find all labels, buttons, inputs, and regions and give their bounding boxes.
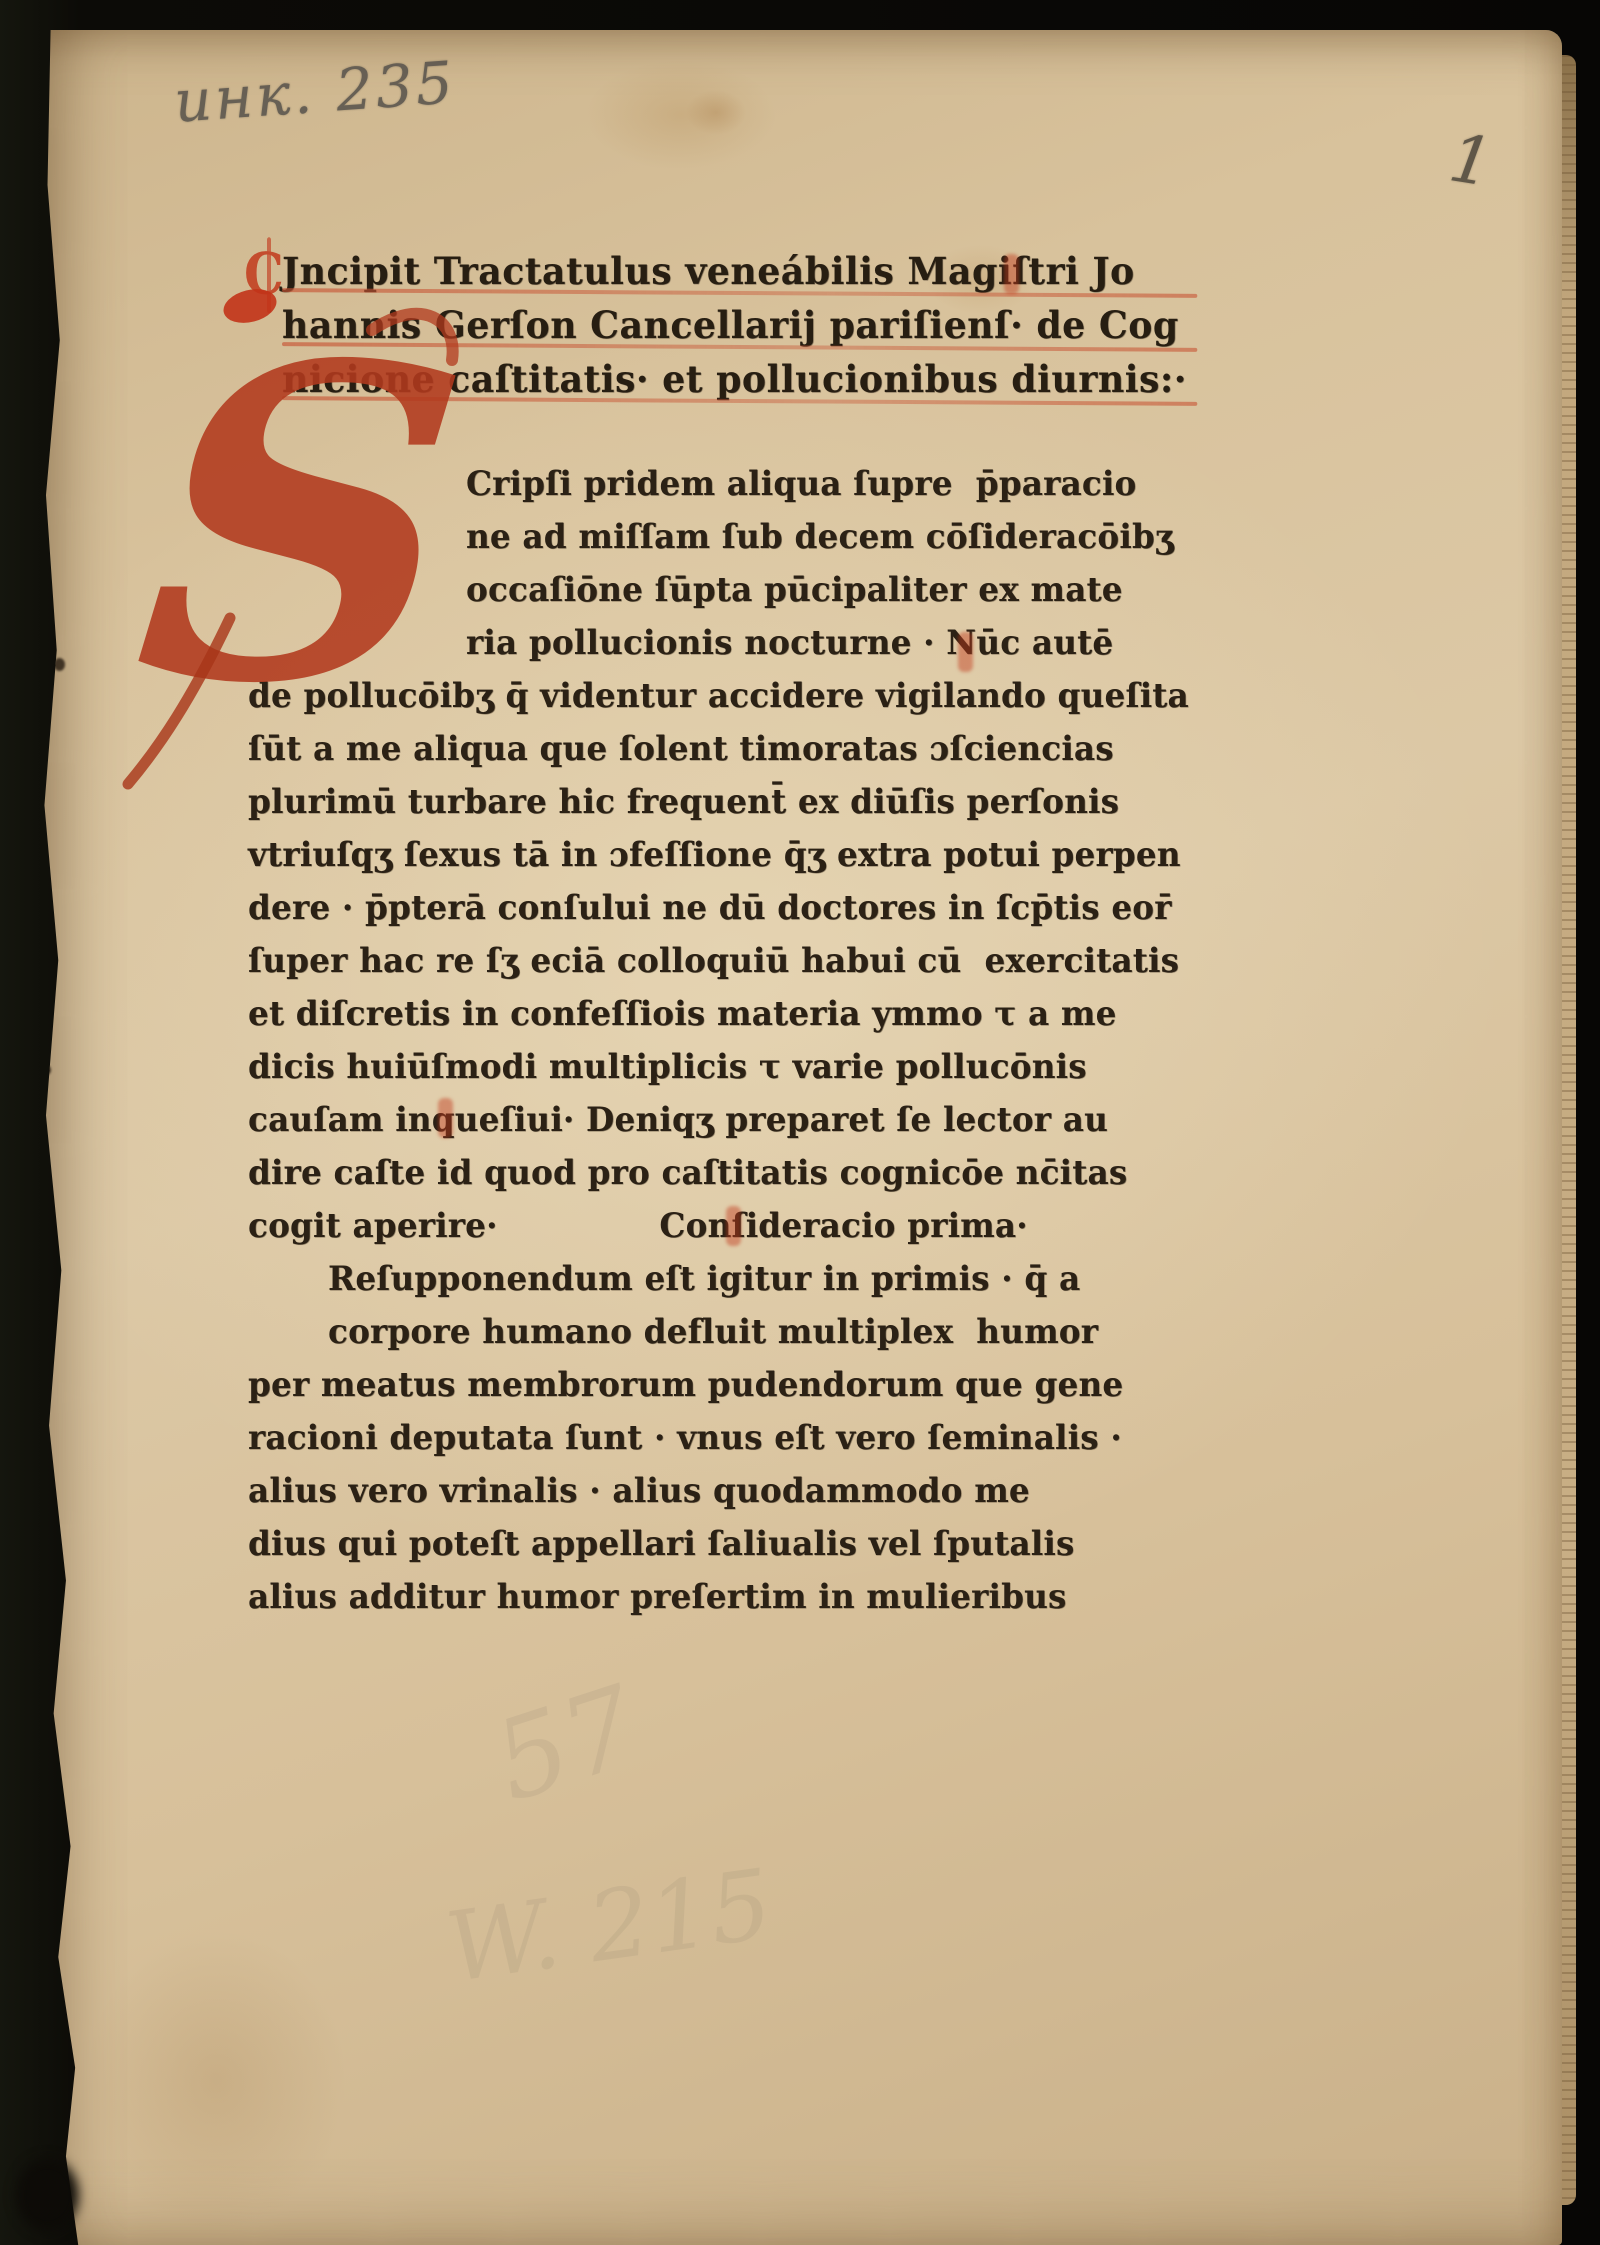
binding-shadow (0, 2140, 95, 2245)
body-text-line: Reſupponendum eſt igitur in primis · q̄ … (328, 1253, 1173, 1306)
folio-number: 1 (1444, 119, 1498, 202)
rubric-stroke (438, 1098, 453, 1138)
paper-stain (586, 60, 776, 170)
wormhole (42, 1065, 51, 1075)
shelfmark-inscription: инк. 235 (172, 48, 458, 135)
rubric-stroke (1004, 254, 1019, 294)
body-text-line: ne ad miſſam ſub decem cōſideracōibʒ (466, 511, 1178, 564)
body-text-line: vtriuſqʒ ſexus tā in ɔfeſſione q̄ʒ extra… (248, 829, 1170, 882)
wormhole (56, 1590, 63, 1598)
body-text-line: per meatus membrorum pudendorum que gene (248, 1359, 1170, 1412)
body-text-line: racioni deputata ſunt · vnus eſt vero ſe… (248, 1412, 1170, 1465)
initial-letter: S (122, 272, 484, 778)
body-text-line: dius qui poteſt appellari ſaliualis vel … (248, 1518, 1170, 1571)
paper-stain (686, 90, 746, 135)
body-text-line: alius vero vrinalis · alius quodammodo m… (248, 1465, 1170, 1518)
body-text-line: dere · p̄pterā conſului ne dū doctores i… (248, 882, 1170, 935)
body-text-line: cauſam inqueſiui· Deniqʒ preparet ſe lec… (248, 1094, 1170, 1147)
wormhole (54, 658, 65, 671)
body-text-line: occaſiōne ſūpta pūcipaliter ex mate (466, 564, 1178, 617)
manuscript-page: инк. 235 1 C Jncipit Tractatulus veneábi… (26, 30, 1562, 2245)
rubricated-initial: S (122, 268, 522, 808)
body-text-line: alius additur humor preſertim in mulieri… (248, 1571, 1170, 1624)
body-text-line: dire caſte id quod pro caſtitatis cognic… (248, 1147, 1170, 1200)
photograph-background: { "annotations": { "shelfmark": "инк. 23… (0, 0, 1600, 2245)
body-text-line: corpore humano defluit multiplex humor (328, 1306, 1173, 1359)
body-text-line: ſuper hac re ſʒ eciā colloquiū habui cū … (248, 935, 1170, 988)
body-text-line: Cripſi pridem aliqua ſupre p̄paracio (466, 458, 1178, 511)
paper-stain (86, 1930, 346, 2230)
erased-pencil-inscription: W. 215 (440, 1848, 779, 2004)
body-text-line: ria pollucionis nocturne · Nūc autē (466, 617, 1178, 670)
body-text-line: et diſcretis in confeſſiois materia ymmo… (248, 988, 1170, 1041)
body-text-line: cogit aperire· Conſideracio prima· (248, 1200, 1170, 1253)
rubric-stroke (958, 632, 973, 672)
erased-pencil-inscription: 57 (480, 1662, 653, 1827)
rubric-stroke (726, 1206, 741, 1246)
body-text-line: dicis huiūſmodi multiplicis τ varie poll… (248, 1041, 1170, 1094)
